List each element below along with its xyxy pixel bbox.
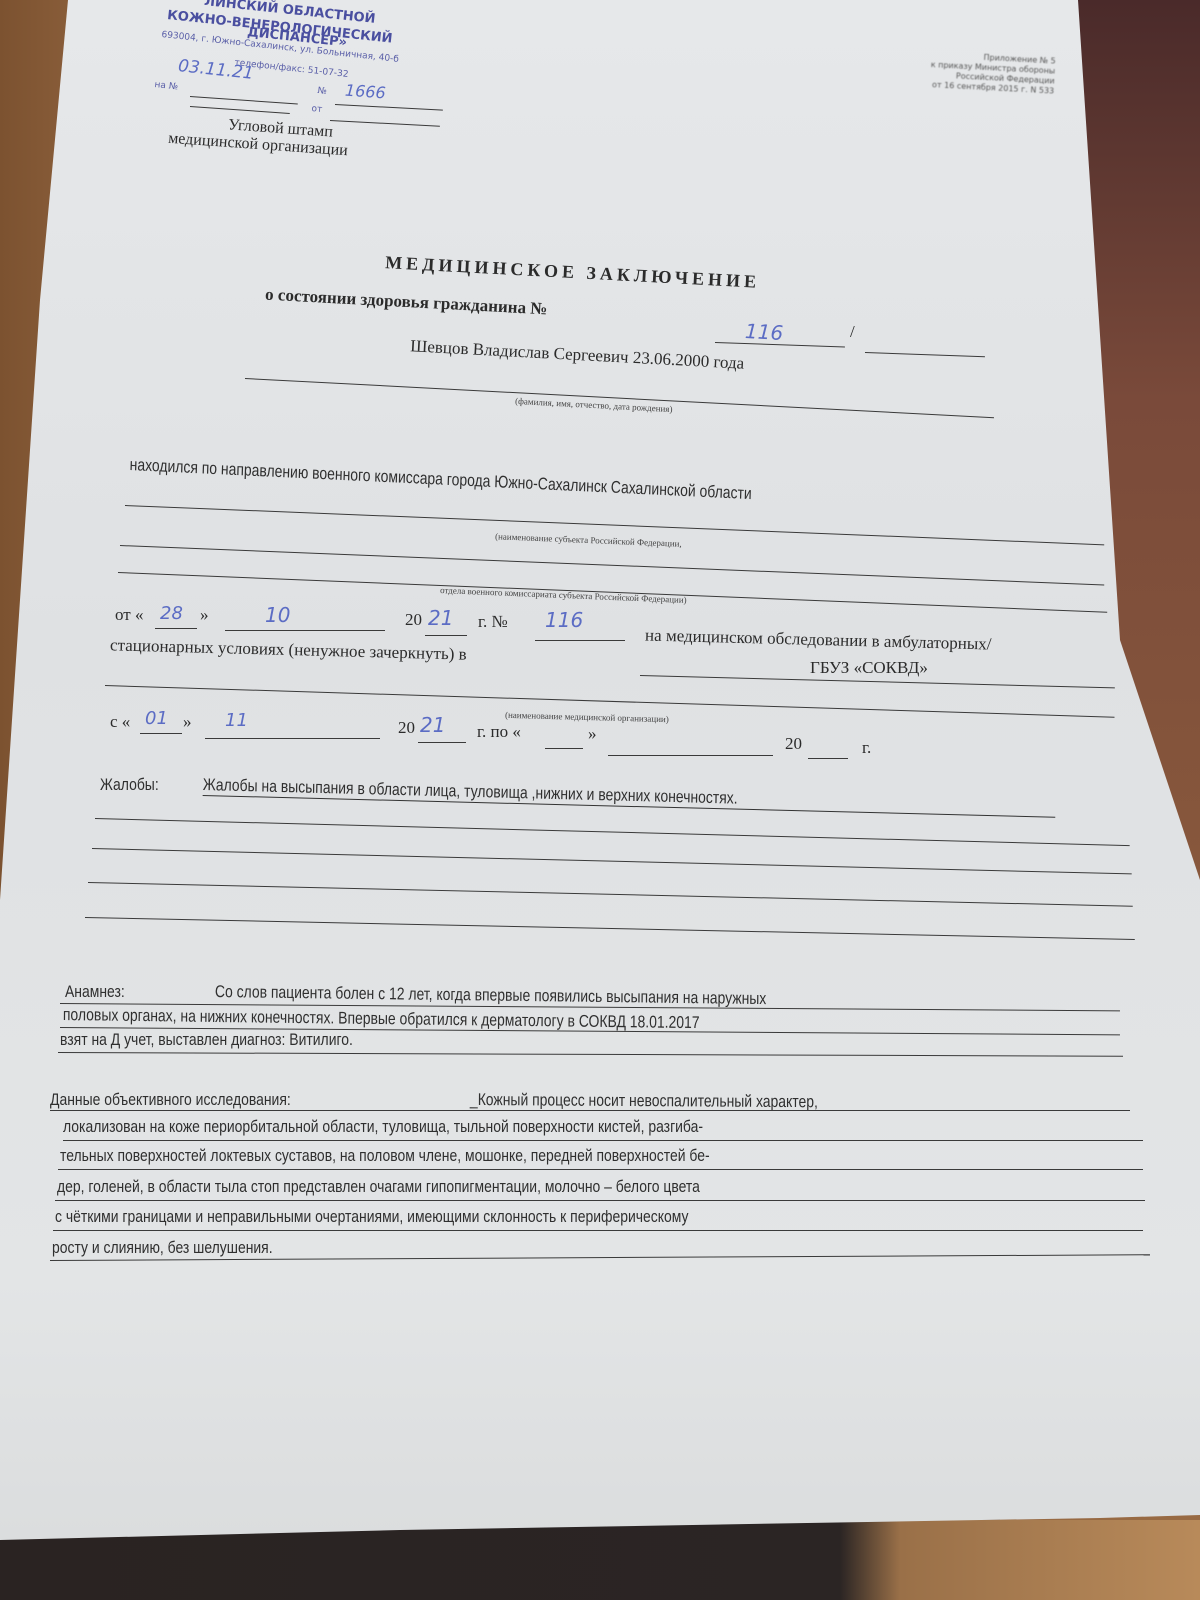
stamp-ref-label: на № — [154, 80, 179, 92]
from-close: » — [200, 605, 209, 625]
complaints-line — [92, 848, 1132, 874]
stamp-number-label: № — [317, 86, 327, 97]
complaints-line — [88, 882, 1133, 907]
referral-line-2 — [120, 545, 1104, 586]
anamnesis-line: взят на Д учет, выставлен диагноз: Витил… — [60, 1030, 353, 1050]
document-page: ЛИНСКИЙ ОБЛАСТНОЙ КОЖНО-ВЕНЕРОЛОГИЧЕСКИЙ… — [0, 0, 1200, 1600]
stamp-number-line — [335, 104, 443, 111]
exam-text-2: стационарных условиях (ненужное зачеркну… — [110, 635, 467, 664]
complaints-line — [85, 917, 1135, 940]
stamp-from-line — [330, 120, 440, 127]
document-title: МЕДИЦИНСКОЕ ЗАКЛЮЧЕНИЕ — [385, 252, 761, 293]
patient-line — [245, 378, 994, 418]
referral-day-line — [155, 628, 197, 629]
exam-text: на медицинском обследовании в амбулаторн… — [645, 625, 992, 654]
stamp-from-label: от — [311, 104, 323, 115]
anamnesis-underline — [58, 1052, 1123, 1057]
period-from-close: » — [183, 712, 192, 732]
objective-line: с чёткими границами и неправильными очер… — [55, 1207, 1187, 1227]
period-to-label: г. по « — [477, 722, 521, 742]
period-to-month-line — [608, 755, 773, 756]
citizen-number: 116 — [744, 319, 783, 345]
from-label: от « — [115, 605, 143, 625]
referral-year-suffix: 21 — [428, 606, 453, 630]
referral-text: находился по направлению военного комисс… — [129, 455, 1064, 519]
organization-caption: (наименование медицинской организации) — [505, 710, 669, 724]
organization-name: ГБУЗ «СОКВД» — [810, 658, 928, 678]
referral-month: 10 — [265, 603, 290, 627]
period-to-year-label: г. — [862, 738, 871, 758]
period-month-line — [205, 738, 380, 739]
complaints-line — [95, 818, 1130, 846]
referral-caption-department: отдела военного комиссариата субъекта Ро… — [440, 585, 687, 605]
anamnesis-label: Анамнез: — [65, 982, 125, 1002]
objective-line: дер, голеней, в области тыла стоп предст… — [57, 1177, 1189, 1197]
stamp-date-line — [190, 96, 298, 105]
period-year-line — [418, 742, 466, 743]
citizen-number-slash: / — [850, 322, 855, 342]
document-subtitle: о состоянии здоровья гражданина № — [265, 285, 548, 320]
objective-underline — [63, 1140, 1143, 1141]
period-day-line — [140, 733, 182, 734]
period-year-prefix: 20 — [398, 718, 415, 738]
referral-number-line — [535, 640, 625, 641]
period-to-year-prefix: 20 — [785, 734, 802, 754]
period-to-day-line — [545, 748, 583, 749]
objective-underline — [53, 1230, 1143, 1231]
appendix-note: Приложение № 5 к приказу Министра оборон… — [879, 47, 1056, 96]
period-month: 11 — [225, 710, 248, 731]
stamp-ref-line — [190, 106, 290, 114]
period-from-label: с « — [110, 712, 130, 732]
referral-year-prefix: 20 — [405, 610, 422, 630]
objective-line: росту и слиянию, без шелушения. — [52, 1238, 273, 1258]
referral-caption-subject: (наименование субъекта Российской Федера… — [495, 531, 682, 548]
period-to-year-line — [808, 758, 848, 759]
period-to-close: » — [588, 724, 597, 744]
period-day: 01 — [145, 708, 168, 729]
referral-year-line — [425, 635, 467, 636]
referral-number-label: г. № — [478, 612, 508, 632]
objective-underline — [58, 1169, 1143, 1170]
referral-month-line — [225, 630, 385, 631]
objective-line: тельных поверхностей локтевых суставов, … — [60, 1146, 1192, 1166]
referral-day: 28 — [160, 603, 183, 624]
objective-line: локализован на коже периорбитальной обла… — [63, 1117, 1195, 1137]
objective-label: Данные объективного исследования: — [50, 1090, 291, 1110]
patient-name: Шевцов Владислав Сергеевич 23.06.2000 го… — [410, 336, 745, 373]
objective-underline — [50, 1110, 1130, 1111]
referral-number: 116 — [545, 608, 583, 632]
objective-underline — [55, 1200, 1145, 1201]
period-year-suffix: 21 — [420, 713, 445, 737]
complaints-text: Жалобы на высыпания в области лица, туло… — [203, 775, 1056, 818]
stamp-number: 1666 — [344, 81, 386, 103]
citizen-number-line-2 — [865, 352, 985, 357]
